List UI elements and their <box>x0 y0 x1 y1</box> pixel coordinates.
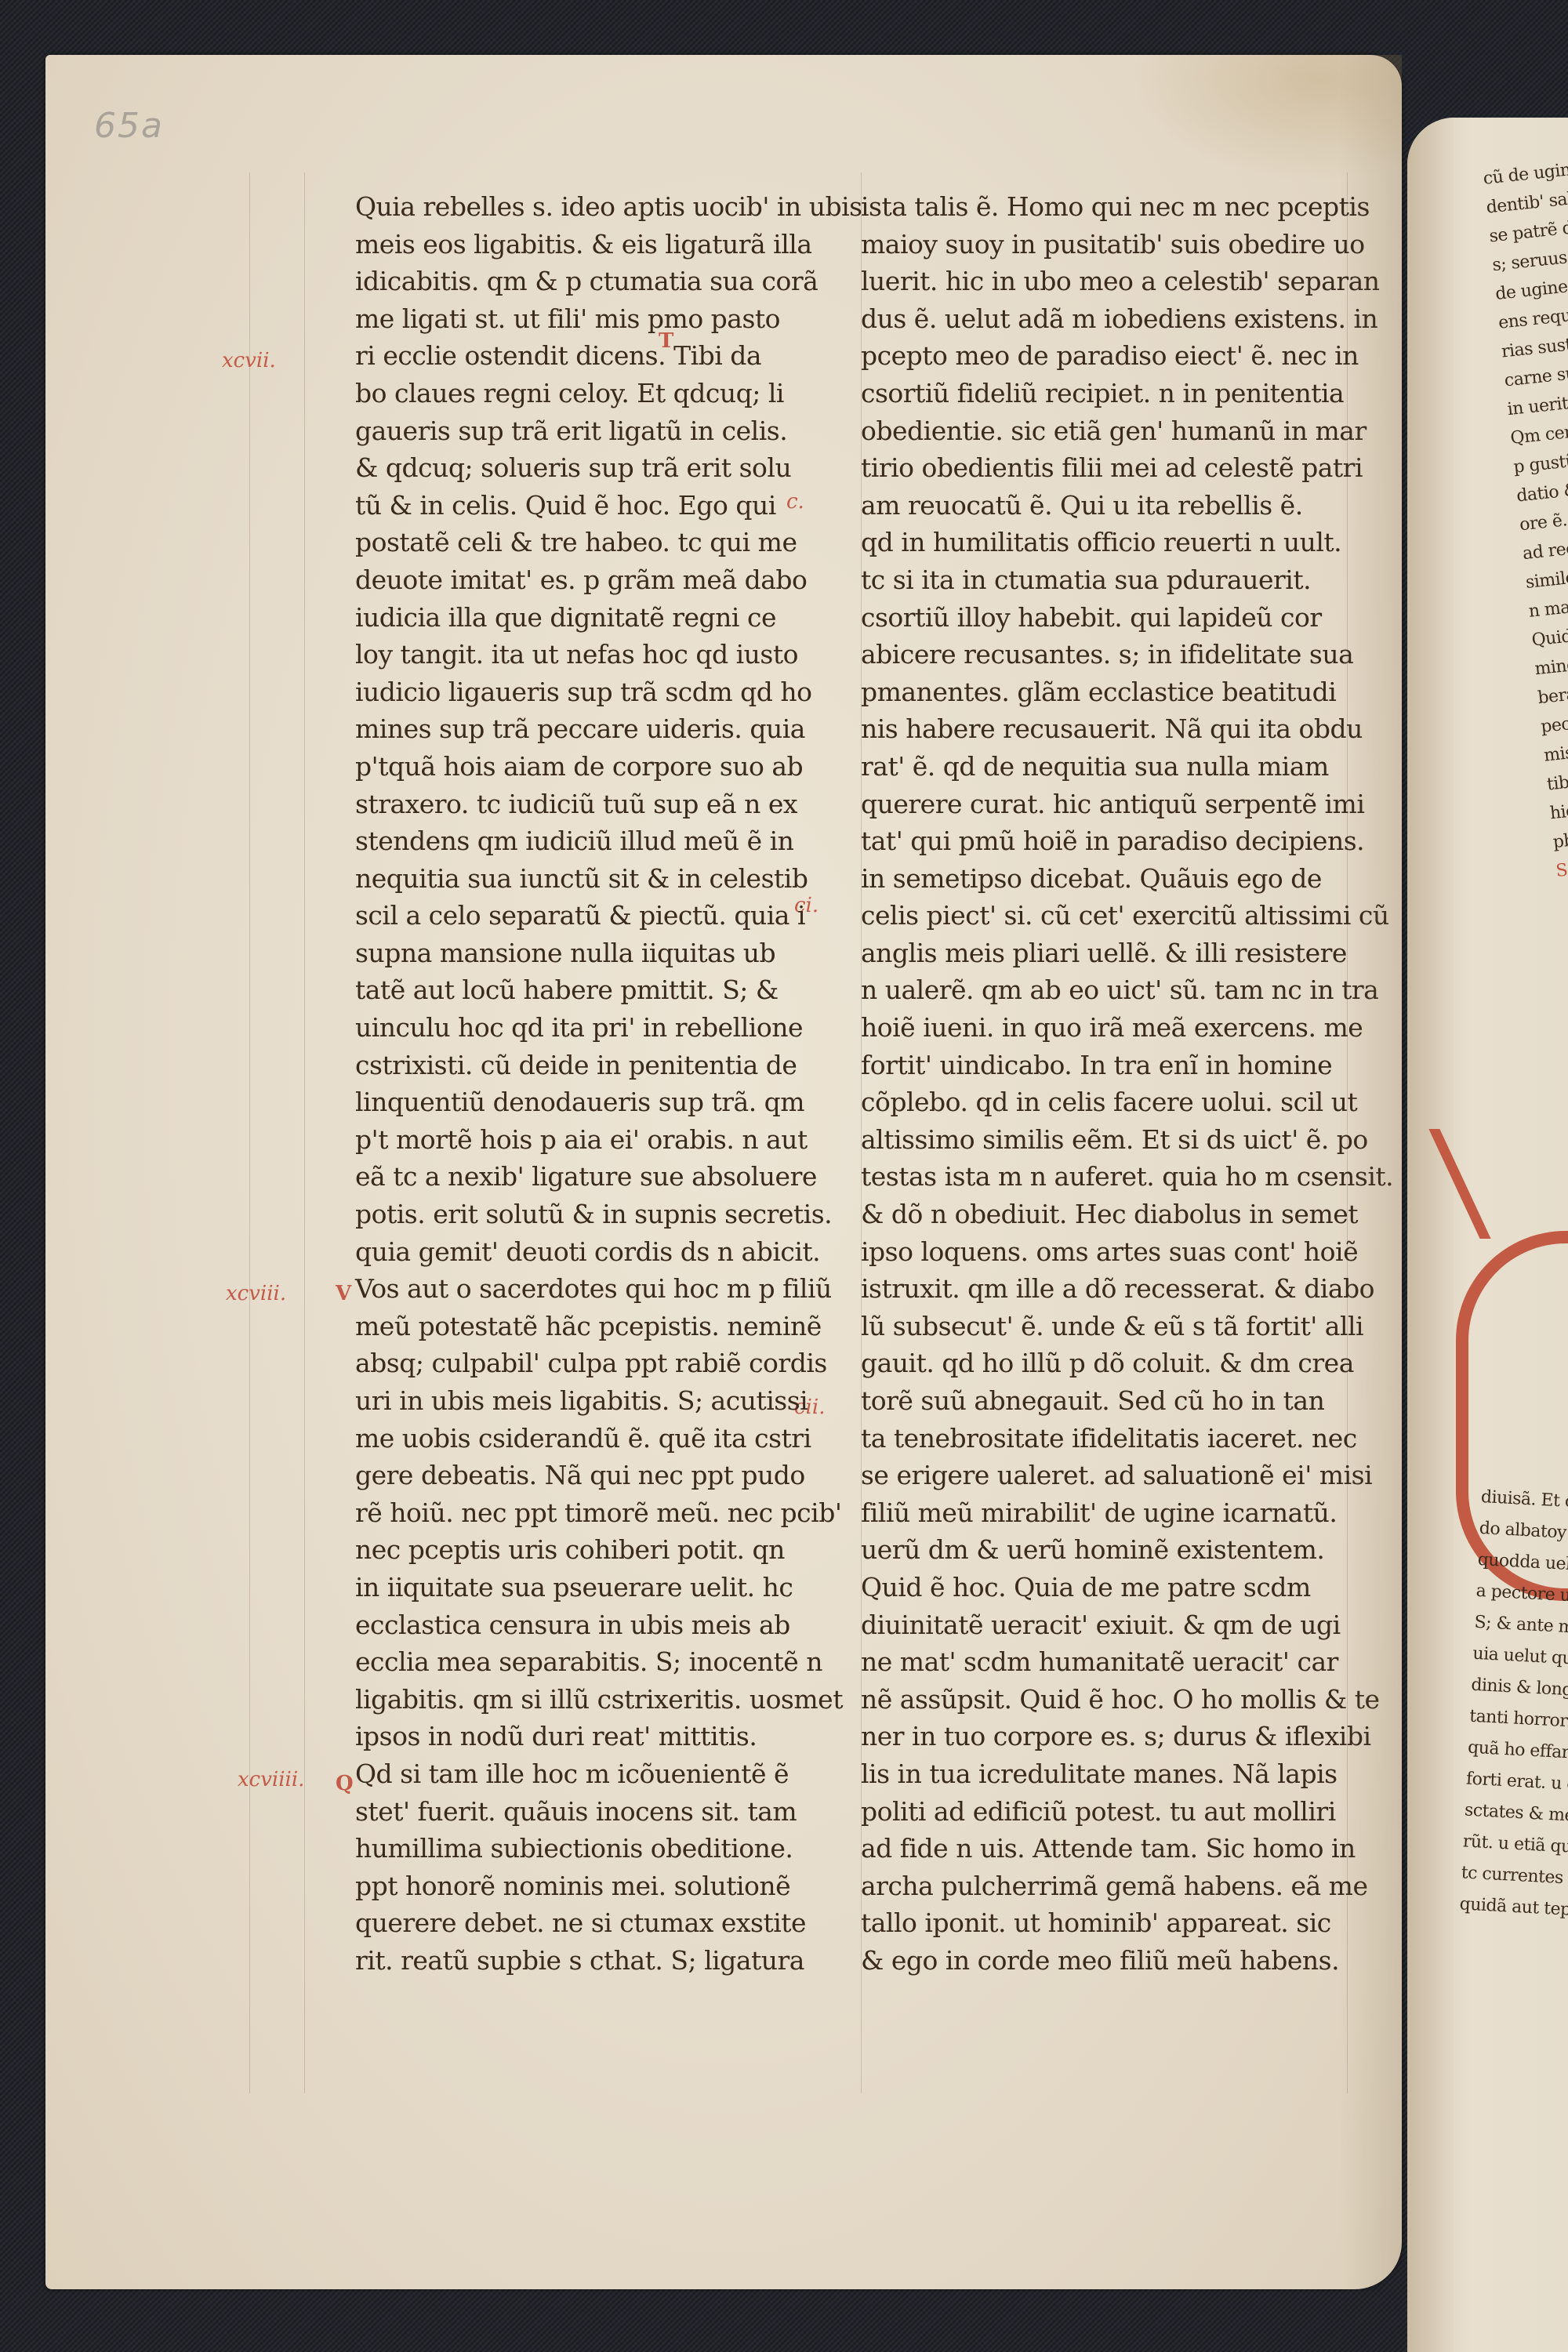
text-line: nẽ assũpsit. Quid ẽ hoc. O ho mollis & t… <box>861 1681 1378 1719</box>
text-line: hoiẽ iueni. in quo irã meã exercens. me <box>861 1009 1378 1047</box>
text-line: pcepto meo de paradiso eiect' ẽ. nec in <box>861 337 1378 375</box>
text-line: maioy suoy in pusitatib' suis obedire uo <box>861 226 1378 263</box>
text-line: csortiũ illoy habebit. qui lapideũ cor <box>861 599 1378 637</box>
text-line: stet' fuerit. quãuis inocens sit. tam <box>355 1793 841 1831</box>
text-line: csortiũ fideliũ recipiet. n in penitenti… <box>861 375 1378 412</box>
book-gutter <box>1407 118 1454 2352</box>
text-line: linquentiũ denodaueris sup trã. qm <box>355 1083 841 1121</box>
text-line: scil a celo separatũ & piectũ. quia i <box>355 897 841 935</box>
text-line: humillima subiectionis obeditione. <box>355 1830 841 1867</box>
text-line: Quid ẽ hoc. Quia de me patre scdm <box>861 1569 1378 1606</box>
text-line: quia gemit' deuoti cordis ds n abicit. <box>355 1233 841 1271</box>
text-line: me ligati st. ut fili' mis pmo pasto <box>355 300 841 338</box>
text-line: testas ista m n auferet. quia ho m csens… <box>861 1158 1378 1196</box>
folio-number: 65a <box>94 106 164 146</box>
text-line: querere debet. ne si ctumax exstite <box>355 1904 841 1942</box>
text-line: torẽ suũ abnegauit. Sed cũ ho in tan <box>861 1382 1378 1420</box>
text-line: in semetipso dicebat. Quãuis ego de <box>861 860 1378 898</box>
text-line: ipsos in nodũ duri reat' mittitis. <box>355 1718 841 1755</box>
text-line: istruxit. qm ille a dõ recesserat. & dia… <box>861 1270 1378 1308</box>
text-line: tallo iponit. ut hominib' appareat. sic <box>861 1904 1378 1942</box>
text-line: nec pceptis uris cohiberi potit. qn <box>355 1531 841 1569</box>
text-line: mines sup trã peccare uideris. quia <box>355 710 841 748</box>
initial-letter-T: T <box>659 325 673 357</box>
text-line: rat' ẽ. qd de nequitia sua nulla miam <box>861 748 1378 786</box>
text-line: altissimo similis eẽm. Et si ds uict' ẽ.… <box>861 1121 1378 1159</box>
text-line: ista talis ẽ. Homo qui nec m nec pceptis <box>861 188 1378 226</box>
chapter-number-99: xcviiii. <box>238 1768 304 1791</box>
manuscript-page-recto: 65a xcvii. xcviii. xcviiii. c. ci. cii. … <box>45 55 1402 2289</box>
text-line: ligabitis. qm si illũ cstrixeritis. uosm… <box>355 1681 841 1719</box>
text-column-left: Quia rebelles s. ideo aptis uocib' in ub… <box>355 188 841 1980</box>
text-line: idicabitis. qm & p ctumatia sua corã <box>355 263 841 300</box>
text-line: iudicia illa que dignitatẽ regni ce <box>355 599 841 637</box>
text-line: ta tenebrositate ifidelitatis iaceret. n… <box>861 1420 1378 1457</box>
text-line: uinculu hoc qd ita pri' in rebellione <box>355 1009 841 1047</box>
text-line: lũ subsecut' ẽ. unde & eũ s tã fortit' a… <box>861 1308 1378 1345</box>
text-line: tirio obedientis filii mei ad celestẽ pa… <box>861 449 1378 487</box>
ruling-line <box>249 172 250 2093</box>
facing-text-upper: cũ de ugine icar dentib' salutẽ uu se pa… <box>1482 149 1568 886</box>
text-line: archa pulcherrimã gemã habens. eã me <box>861 1867 1378 1905</box>
chapter-number-97: xcvii. <box>222 349 276 372</box>
text-line: dus ẽ. uelut adã m iobediens existens. i… <box>861 300 1378 338</box>
text-line: straxero. tc iudiciũ tuũ sup eã n ex <box>355 786 841 823</box>
text-line: me uobis csiderandũ ẽ. quẽ ita cstri <box>355 1420 841 1457</box>
text-line: stendens qm iudiciũ illud meũ ẽ in <box>355 822 841 860</box>
text-line: gaueris sup trã erit ligatũ in celis. <box>355 412 841 450</box>
text-line: postatẽ celi & tre habeo. tc qui me <box>355 524 841 561</box>
text-line: diuinitatẽ ueracit' exiuit. & qm de ugi <box>861 1606 1378 1644</box>
text-line: uri in ubis meis ligabitis. S; acutissi <box>355 1382 841 1420</box>
text-line: obedientie. sic etiã gen' humanũ in mar <box>861 412 1378 450</box>
text-line: uerũ dm & uerũ hominẽ existentem. <box>861 1531 1378 1569</box>
text-line: nequitia sua iunctũ sit & in celestib <box>355 860 841 898</box>
text-line: ecclia mea separabitis. S; inocentẽ n <box>355 1643 841 1681</box>
chapter-number-98: xcviii. <box>226 1282 286 1305</box>
text-line: loy tangit. ita ut nefas hoc qd iusto <box>355 636 841 673</box>
text-line: ri ecclie ostendit dicens. Tibi da <box>355 337 841 375</box>
text-line: potis. erit solutũ & in supnis secretis. <box>355 1196 841 1233</box>
text-line: & dõ n obediuit. Hec diabolus in semet <box>861 1196 1378 1233</box>
text-line: Quia rebelles s. ideo aptis uocib' in ub… <box>355 188 841 226</box>
text-line: anglis meis pliari uellẽ. & illi resiste… <box>861 935 1378 972</box>
text-line: qd in humilitatis officio reuerti n uult… <box>861 524 1378 561</box>
text-line: politi ad edificiũ potest. tu aut mollir… <box>861 1793 1378 1831</box>
text-column-right: ista talis ẽ. Homo qui nec m nec pceptis… <box>861 188 1378 1980</box>
text-line: querere curat. hic antiquũ serpentẽ imi <box>861 786 1378 823</box>
text-line: eã tc a nexib' ligature sue absoluere <box>355 1158 841 1196</box>
text-line: tat' qui pmũ hoiẽ in paradiso decipiens. <box>861 822 1378 860</box>
text-line: & ego in corde meo filiũ meũ habens. <box>861 1942 1378 1980</box>
text-line: tc si ita in ctumatia sua pdurauerit. <box>861 561 1378 599</box>
text-line: iudicio ligaueris sup trã scdm qd ho <box>355 673 841 711</box>
text-line: meis eos ligabitis. & eis ligaturã illa <box>355 226 841 263</box>
text-line: p'tquã hois aiam de corpore suo ab <box>355 748 841 786</box>
text-line: supna mansione nulla iiquitas ub <box>355 935 841 972</box>
text-line: gauit. qd ho illũ p dõ coluit. & dm crea <box>861 1345 1378 1382</box>
text-line: filiũ meũ mirabilit' de ugine icarnatũ. <box>861 1494 1378 1532</box>
text-line: ppt honorẽ nominis mei. solutionẽ <box>355 1867 841 1905</box>
text-line: ipso loquens. oms artes suas cont' hoiẽ <box>861 1233 1378 1271</box>
text-line: rit. reatũ supbie s cthat. S; ligatura <box>355 1942 841 1980</box>
text-line: n ualerẽ. qm ab eo uict' sũ. tam nc in t… <box>861 971 1378 1009</box>
text-line: ad fide n uis. Attende tam. Sic homo in <box>861 1830 1378 1867</box>
text-line: cõplebo. qd in celis facere uolui. scil … <box>861 1083 1378 1121</box>
ruling-line <box>1347 172 1348 2093</box>
text-line: celis piect' si. cũ cet' exercitũ altiss… <box>861 897 1378 935</box>
text-line: Qd si tam ille hoc m icõuenientẽ ẽ <box>355 1755 841 1793</box>
initial-letter-V: V <box>336 1278 351 1309</box>
text-line: in iiquitate sua pseuerare uelit. hc <box>355 1569 841 1606</box>
text-line: tatẽ aut locũ habere pmittit. S; & <box>355 971 841 1009</box>
text-line: se erigere ualeret. ad saluationẽ ei' mi… <box>861 1457 1378 1494</box>
text-line: lis in tua icredulitate manes. Nã lapis <box>861 1755 1378 1793</box>
text-line: ecclastica censura in ubis meis ab <box>355 1606 841 1644</box>
text-line: abicere recusantes. s; in ifidelitate su… <box>861 636 1378 673</box>
text-line: luerit. hic in ubo meo a celestib' separ… <box>861 263 1378 300</box>
text-line: cstrixisti. cũ deide in penitentia de <box>355 1047 841 1084</box>
text-line: am reuocatũ ẽ. Qui u ita rebellis ẽ. <box>861 487 1378 524</box>
text-line: ne mat' scdm humanitatẽ ueracit' car <box>861 1643 1378 1681</box>
text-line: & qdcuq; solueris sup trã erit solu <box>355 449 841 487</box>
text-line: bo claues regni celoy. Et qdcuq; li <box>355 375 841 412</box>
text-line: deuote imitat' es. p grãm meã dabo <box>355 561 841 599</box>
initial-letter-Q: Q <box>336 1768 354 1799</box>
water-stain <box>1127 55 1402 180</box>
text-line: gere debeatis. Nã qui nec ppt pudo <box>355 1457 841 1494</box>
text-line: Vos aut o sacerdotes qui hoc m p filiũ <box>355 1270 841 1308</box>
text-line: rẽ hoiũ. nec ppt timorẽ meũ. nec pcib' <box>355 1494 841 1532</box>
text-line: tũ & in celis. Quid ẽ hoc. Ego qui <box>355 487 841 524</box>
text-line: quidã aut tepio <box>1459 1889 1568 1928</box>
manuscript-page-facing: cũ de ugine icar dentib' salutẽ uu se pa… <box>1407 118 1568 2352</box>
text-line: p't mortẽ hois p aia ei' orabis. n aut <box>355 1121 841 1159</box>
ruling-line <box>304 172 305 2093</box>
text-line: absq; culpabil' culpa ppt rabiẽ cordis <box>355 1345 841 1382</box>
text-line: ner in tuo corpore es. s; durus & iflexi… <box>861 1718 1378 1755</box>
text-line: pmanentes. glãm ecclastice beatitudi <box>861 673 1378 711</box>
text-line: nis habere recusauerit. Nã qui ita obdu <box>861 710 1378 748</box>
text-line: fortit' uindicabo. In tra enĩ in homine <box>861 1047 1378 1084</box>
text-line: meũ potestatẽ hãc pcepistis. neminẽ <box>355 1308 841 1345</box>
